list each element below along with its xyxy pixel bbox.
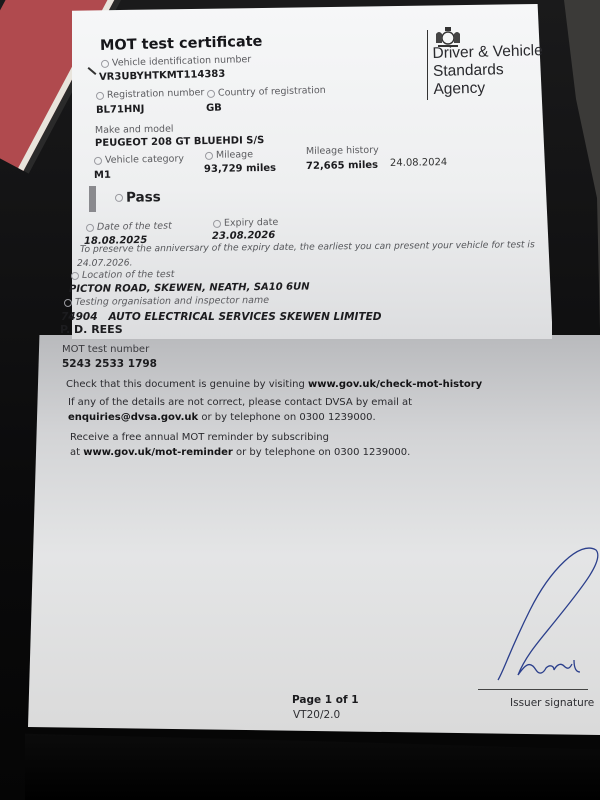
testing-org-label: Testing organisation and inspector name <box>64 295 269 308</box>
test-date-label-text: Date of the test <box>97 221 172 233</box>
testing-org-label-text: Testing organisation and inspector name <box>75 295 269 308</box>
country-value: GB <box>206 103 222 114</box>
mileage-value: 93,729 miles <box>204 163 276 175</box>
dvsa-divider <box>427 30 428 100</box>
result-status-text: Pass <box>126 189 161 206</box>
tick-icon <box>115 194 123 202</box>
mileage-history-label: Mileage history <box>306 145 379 157</box>
inspector-name: P. D. REES <box>60 323 123 336</box>
check-mot-history-link[interactable]: www.gov.uk/check-mot-history <box>308 379 482 390</box>
location-icon <box>71 271 79 279</box>
form-code: VT20/2.0 <box>293 709 340 721</box>
mileage-label: Mileage <box>205 149 253 161</box>
anniversary-note-line2: 24.07.2026. <box>77 257 133 269</box>
dvsa-email-link[interactable]: enquiries@dvsa.gov.uk <box>68 412 198 423</box>
location-label: Location of the test <box>71 269 175 281</box>
reminder-notice-line2: at www.gov.uk/mot-reminder or by telepho… <box>70 447 410 458</box>
issuer-signature <box>470 530 600 690</box>
person-icon <box>64 298 72 306</box>
genuine-notice: Check that this document is genuine by v… <box>66 379 482 390</box>
mot-reminder-link[interactable]: www.gov.uk/mot-reminder <box>83 447 233 458</box>
genuine-prefix: Check that this document is genuine by v… <box>66 379 308 390</box>
location-label-text: Location of the test <box>82 269 175 281</box>
registration-value: BL71HNJ <box>96 104 145 116</box>
mileage-history-date: 24.08.2024 <box>390 157 447 169</box>
speedometer-icon <box>205 151 213 159</box>
contact-notice-line1: If any of the details are not correct, p… <box>68 397 412 408</box>
expiry-label-text: Expiry date <box>224 217 278 229</box>
testing-org-value: 74904 AUTO ELECTRICAL SERVICES SKEWEN LI… <box>61 311 382 323</box>
reminder-prefix: at <box>70 447 83 458</box>
result-status: Pass <box>115 189 161 206</box>
contact-notice-line2: enquiries@dvsa.gov.uk or by telephone on… <box>68 412 376 423</box>
reminder-suffix: or by telephone on 0300 1239000. <box>233 447 411 458</box>
expiry-value: 23.08.2026 <box>212 230 275 242</box>
mileage-label-text: Mileage <box>216 149 253 161</box>
expiry-label: Expiry date <box>213 217 278 229</box>
contact-suffix: or by telephone on 0300 1239000. <box>198 412 376 423</box>
clock-icon <box>213 219 221 227</box>
dvsa-line-1: Driver & Vehicle <box>432 42 543 63</box>
test-number-value: 5243 2533 1798 <box>62 358 157 370</box>
signature-line <box>478 689 588 690</box>
calendar-icon <box>86 223 94 231</box>
flag-icon <box>207 89 215 97</box>
category-value: M1 <box>94 170 111 181</box>
car-icon <box>96 91 104 99</box>
make-model-label: Make and model <box>95 124 174 136</box>
result-status-bar <box>89 186 96 212</box>
category-label-text: Vehicle category <box>105 153 184 165</box>
vehicle-icon <box>94 156 102 164</box>
test-date-label: Date of the test <box>86 221 172 233</box>
dvsa-name: Driver & Vehicle Standards Agency <box>432 42 544 99</box>
category-label: Vehicle category <box>94 153 184 166</box>
dvsa-line-3: Agency <box>433 78 544 99</box>
test-number-label: MOT test number <box>62 344 149 355</box>
signature-label: Issuer signature <box>510 697 594 709</box>
page-number: Page 1 of 1 <box>292 694 359 706</box>
mileage-history-value: 72,665 miles <box>306 160 378 172</box>
info-icon <box>101 59 109 67</box>
reminder-notice-line1: Receive a free annual MOT reminder by su… <box>70 432 329 443</box>
